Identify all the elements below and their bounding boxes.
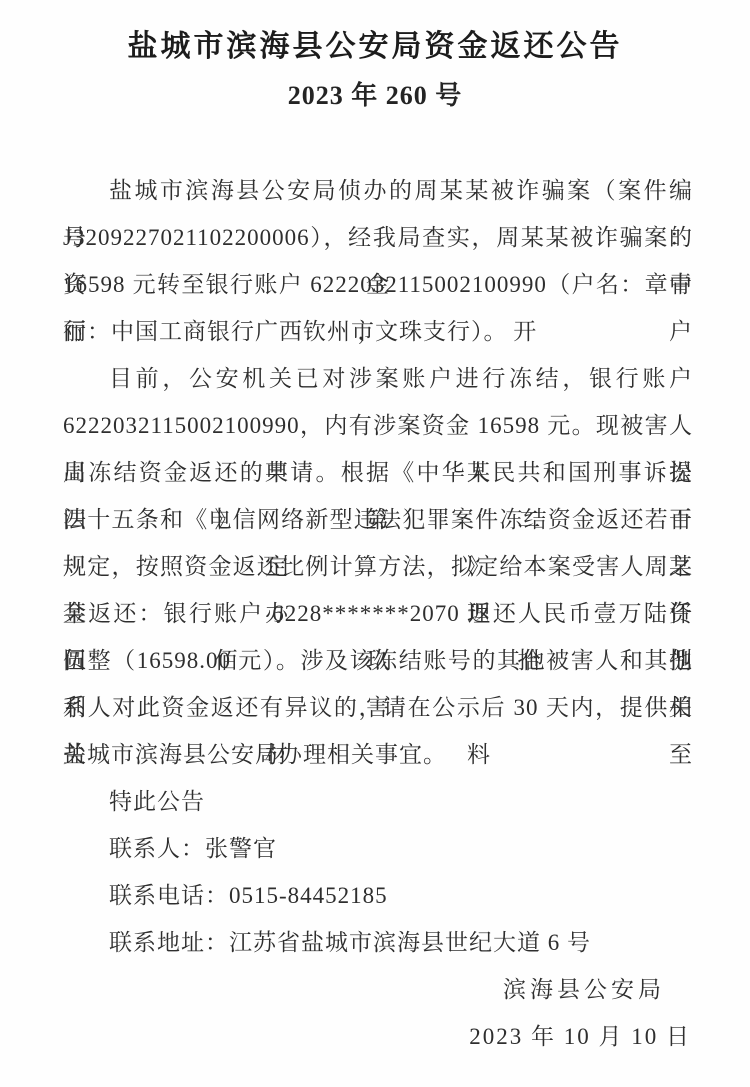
contact-address: 联系地址：江苏省盐城市滨海县世纪大道 6 号 <box>63 919 693 966</box>
signature-date: 2023 年 10 月 10 日 <box>63 1013 693 1060</box>
closing-line: 特此公告 <box>63 778 693 825</box>
para1-line1: 盐城市滨海县公安局侦办的周某某被诈骗案（案件编号： <box>63 167 693 214</box>
para2-line7: 圆整（16598.00 元）。涉及该冻结账号的其他被害人和其他利害关 <box>63 637 693 684</box>
notice-body: 盐城市滨海县公安局侦办的周某某被诈骗案（案件编号： J3209227021102… <box>63 167 693 1060</box>
doc-number: 2023 年 260 号 <box>0 80 750 112</box>
para2-line8: 系人对此资金返还有异议的，请在公示后 30 天内，提供相关材料至 <box>63 684 693 731</box>
signature-agency: 滨海县公安局 <box>63 966 693 1013</box>
para2-line4: 四十五条和《电信网络新型违法犯罪案件冻结资金返还若干规定》之 <box>63 496 693 543</box>
notice-document: 盐城市滨海县公安局资金返还公告 2023 年 260 号 盐城市滨海县公安局侦办… <box>0 0 750 1087</box>
para2-line6: 金返还：银行账户 6228*******2070 返还人民币壹万陆仟伍佰玖拾捌 <box>63 590 693 637</box>
para1-line3: 16598 元转至银行账户 6222032115002100990（户名：章青丽… <box>63 261 693 308</box>
para2-line1: 目前，公安机关已对涉案账户进行冻结，银行账户 <box>63 355 693 402</box>
para2-line2: 6222032115002100990，内有涉案资金 16598 元。现被害人周… <box>63 402 693 449</box>
notice-title: 盐城市滨海县公安局资金返还公告 <box>0 0 750 66</box>
contact-person: 联系人：张警官 <box>63 825 693 872</box>
para2-line3: 出冻结资金返还的申请。根据《中华人民共和国刑事诉讼法》第二百 <box>63 449 693 496</box>
contact-phone: 联系电话：0515-84452185 <box>63 872 693 919</box>
para1-line2: J3209227021102200006），经我局查实，周某某被诈骗案的资金中 <box>63 214 693 261</box>
para2-line5: 规定，按照资金返还比例计算方法，拟定给本案受害人周某某办理资 <box>63 543 693 590</box>
